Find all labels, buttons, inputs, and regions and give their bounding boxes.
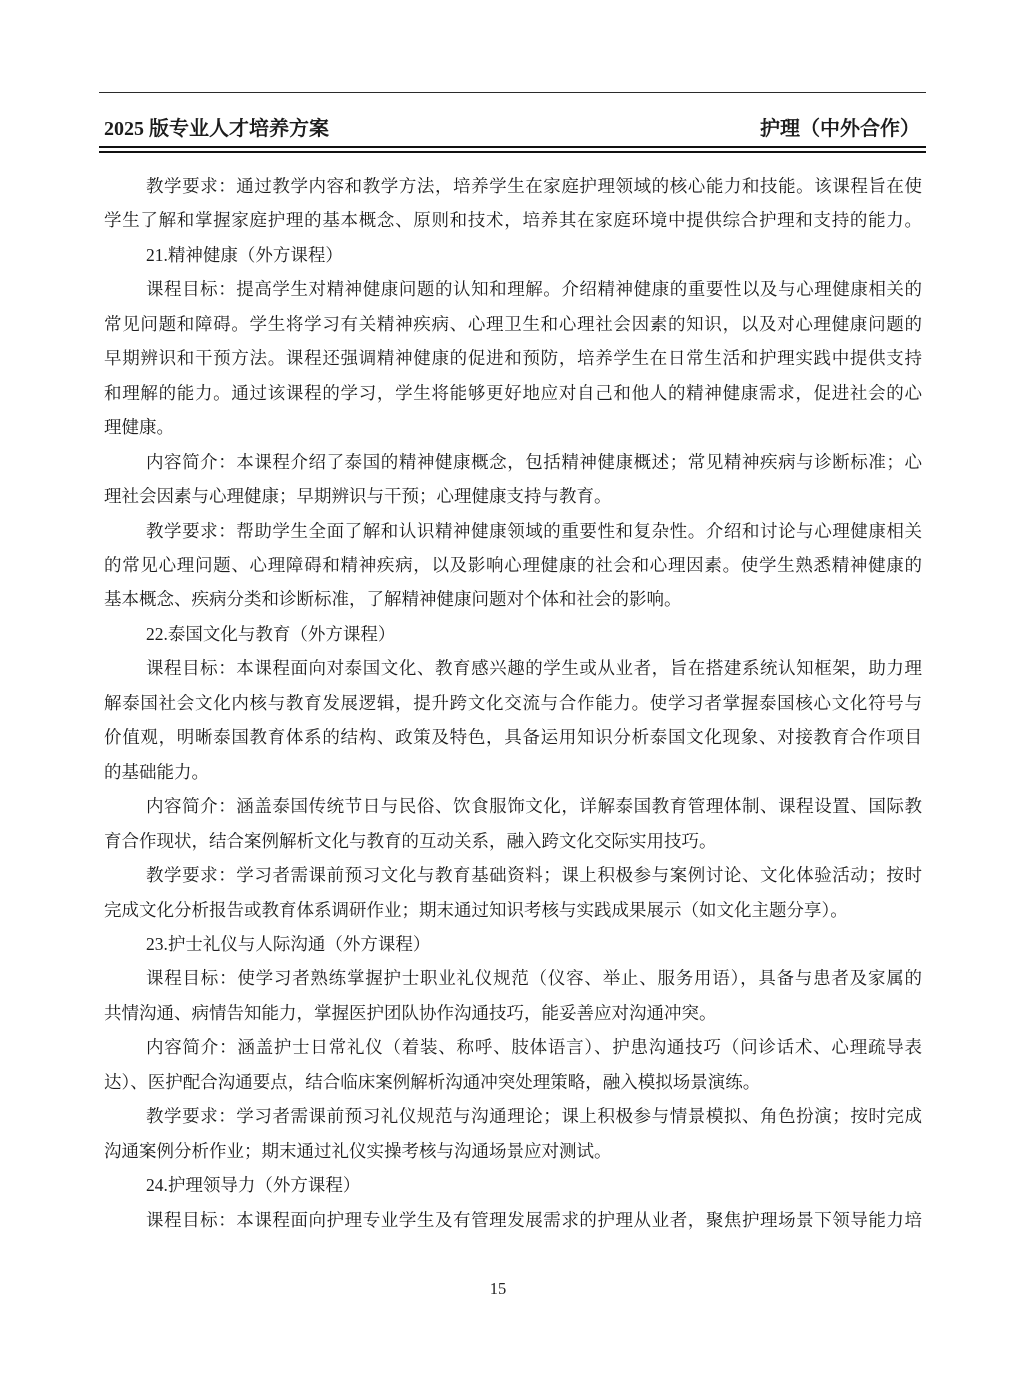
text-line: 共情沟通、病情告知能力，掌握医护团队协作沟通技巧，能妥善应对沟通冲突。 xyxy=(104,996,922,1030)
text-line: 内容简介：涵盖泰国传统节日与民俗、饮食服饰文化，详解泰国教育管理体制、课程设置、… xyxy=(104,789,922,823)
text-line: 23.护士礼仪与人际沟通（外方课程） xyxy=(104,927,922,961)
text-line: 课程目标：本课程面向护理专业学生及有管理发展需求的护理从业者，聚焦护理场景下领导… xyxy=(104,1203,922,1237)
text-line: 课程目标：使学习者熟练掌握护士职业礼仪规范（仪容、举止、服务用语），具备与患者及… xyxy=(104,961,922,995)
text-line: 早期辨识和干预方法。课程还强调精神健康的促进和预防，培养学生在日常生活和护理实践… xyxy=(104,341,922,375)
text-line: 24.护理领导力（外方课程） xyxy=(104,1168,922,1202)
text-line: 理健康。 xyxy=(104,410,922,444)
text-line: 的基础能力。 xyxy=(104,755,922,789)
header-left-title: 2025 版专业人才培养方案 xyxy=(104,116,329,142)
text-line: 常见问题和障碍。学生将学习有关精神疾病、心理卫生和心理社会因素的知识，以及对心理… xyxy=(104,307,922,341)
text-line: 学生了解和掌握家庭护理的基本概念、原则和技术，培养其在家庭环境中提供综合护理和支… xyxy=(104,203,922,237)
text-line: 和理解的能力。通过该课程的学习，学生将能够更好地应对自己和他人的精神健康需求，促… xyxy=(104,376,922,410)
text-line: 内容简介：涵盖护士日常礼仪（着装、称呼、肢体语言）、护患沟通技巧（问诊话术、心理… xyxy=(104,1030,922,1064)
body-lines: 教学要求：通过教学内容和教学方法，培养学生在家庭护理领域的核心能力和技能。该课程… xyxy=(104,169,922,1237)
text-line: 22.泰国文化与教育（外方课程） xyxy=(104,617,922,651)
text-line: 的常见心理问题、心理障碍和精神疾病，以及影响心理健康的社会和心理因素。使学生熟悉… xyxy=(104,548,922,582)
text-line: 育合作现状，结合案例解析文化与教育的互动关系，融入跨文化交际实用技巧。 xyxy=(104,824,922,858)
text-line: 课程目标：提高学生对精神健康问题的认知和理解。介绍精神健康的重要性以及与心理健康… xyxy=(104,272,922,306)
header-double-rule xyxy=(99,146,926,153)
text-line: 价值观，明晰泰国教育体系的结构、政策及特色，具备运用知识分析泰国文化现象、对接教… xyxy=(104,720,922,754)
document-page: 2025 版专业人才培养方案 护理（中外合作） 教学要求：通过教学内容和教学方法… xyxy=(0,0,1024,1389)
text-line: 课程目标：本课程面向对泰国文化、教育感兴趣的学生或从业者，旨在搭建系统认知框架，… xyxy=(104,651,922,685)
text-line: 达）、医护配合沟通要点，结合临床案例解析沟通冲突处理策略，融入模拟场景演练。 xyxy=(104,1065,922,1099)
text-line: 内容简介：本课程介绍了泰国的精神健康概念，包括精神健康概述；常见精神疾病与诊断标… xyxy=(104,445,922,479)
text-line: 完成文化分析报告或教育体系调研作业；期末通过知识考核与实践成果展示（如文化主题分… xyxy=(104,893,922,927)
header-right-title: 护理（中外合作） xyxy=(760,116,920,142)
text-line: 教学要求：学习者需课前预习文化与教育基础资料；课上积极参与案例讨论、文化体验活动… xyxy=(104,858,922,892)
text-line: 理社会因素与心理健康；早期辨识与干预；心理健康支持与教育。 xyxy=(104,479,922,513)
page-header: 2025 版专业人才培养方案 护理（中外合作） xyxy=(104,116,920,142)
text-line: 21.精神健康（外方课程） xyxy=(104,238,922,272)
text-line: 教学要求：学习者需课前预习礼仪规范与沟通理论；课上积极参与情景模拟、角色扮演；按… xyxy=(104,1099,922,1133)
header-top-rule xyxy=(99,92,926,93)
text-line: 教学要求：通过教学内容和教学方法，培养学生在家庭护理领域的核心能力和技能。该课程… xyxy=(104,169,922,203)
text-line: 解泰国社会文化内核与教育发展逻辑，提升跨文化交流与合作能力。使学习者掌握泰国核心… xyxy=(104,686,922,720)
page-number: 15 xyxy=(0,1279,996,1299)
text-line: 教学要求：帮助学生全面了解和认识精神健康领域的重要性和复杂性。介绍和讨论与心理健… xyxy=(104,514,922,548)
text-line: 基本概念、疾病分类和诊断标准，了解精神健康问题对个体和社会的影响。 xyxy=(104,582,922,616)
text-line: 沟通案例分析作业；期末通过礼仪实操考核与沟通场景应对测试。 xyxy=(104,1134,922,1168)
